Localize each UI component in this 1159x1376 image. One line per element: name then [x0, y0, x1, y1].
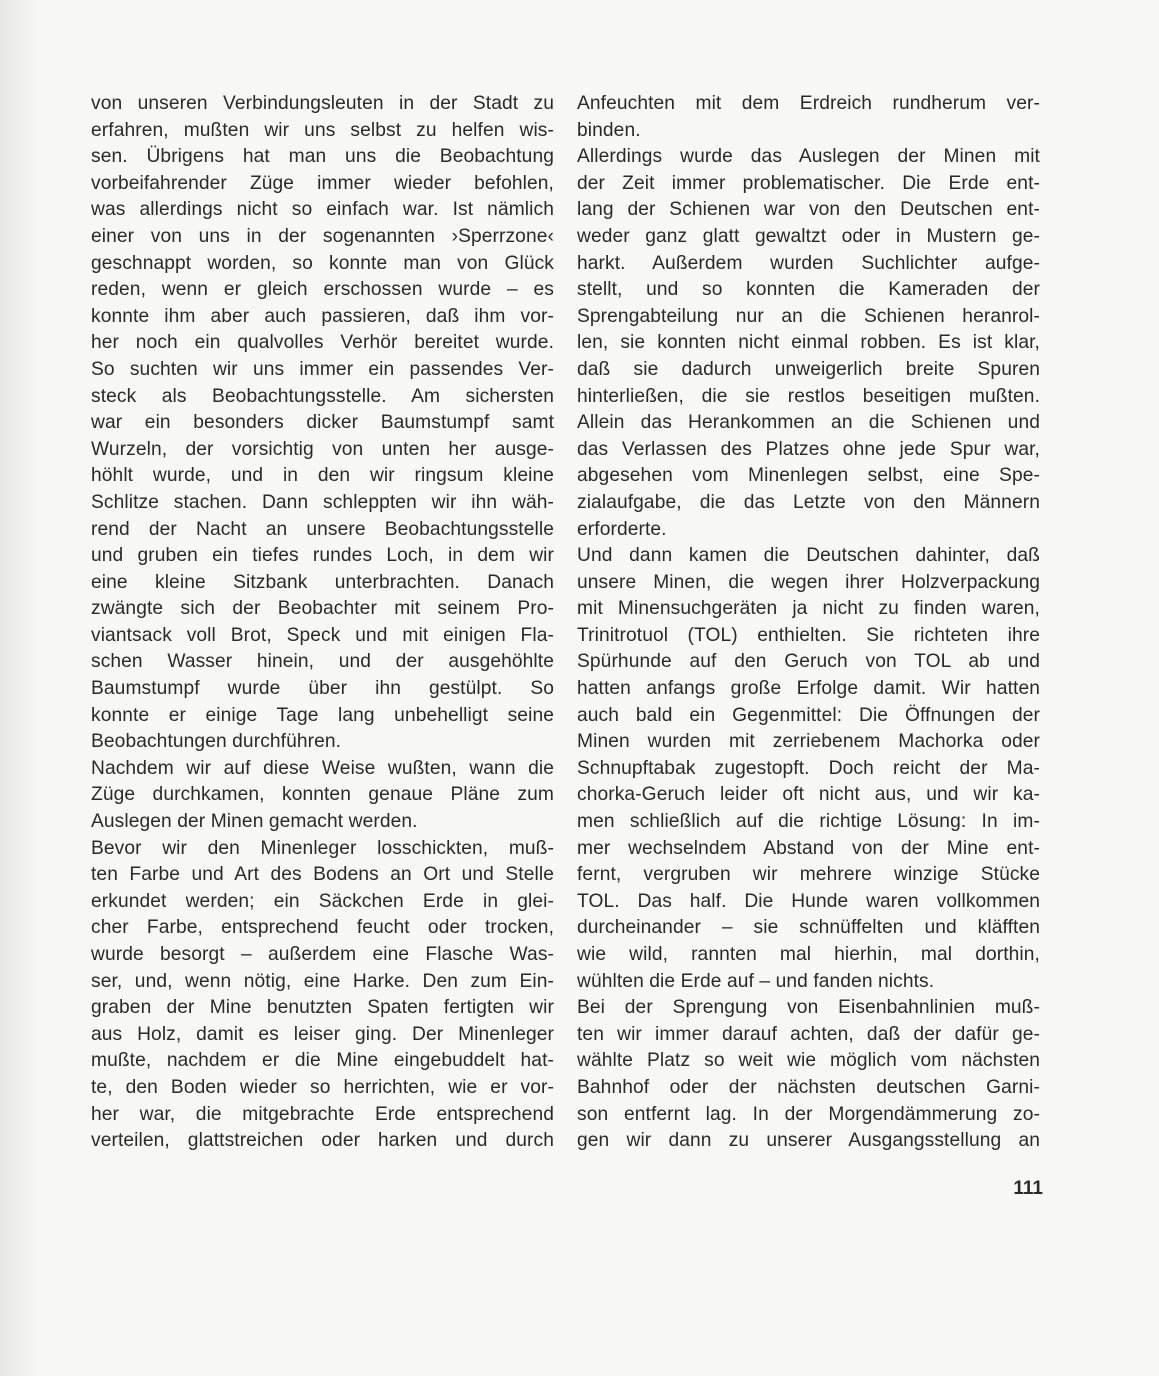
text-line: Beobachtungen durchführen. [91, 729, 554, 756]
text-line: erforderte. [577, 517, 1040, 544]
text-line: Allerdings wurde das Auslegen der Minen … [577, 144, 1040, 171]
text-line: zwängte sich der Beobachter mit seinem P… [91, 596, 554, 623]
text-line: einer von uns in der sogenannten ›Sperrz… [91, 224, 554, 251]
right-text-column: Anfeuchten mit dem Erdreich rundherum ve… [577, 91, 1040, 1155]
text-line: TOL. Das half. Die Hunde waren vollkomme… [577, 889, 1040, 916]
text-line: Züge durchkamen, konnten genaue Pläne zu… [91, 782, 554, 809]
text-line: schen Wasser hinein, und der ausgehöhlte [91, 649, 554, 676]
text-line: Bahnhof oder der nächsten deutschen Garn… [577, 1075, 1040, 1102]
text-line: Schnupftabak zugestopft. Doch reicht der… [577, 756, 1040, 783]
text-line: höhlt wurde, und in den wir ringsum klei… [91, 463, 554, 490]
text-line: von unseren Verbindungsleuten in der Sta… [91, 91, 554, 118]
text-line: Anfeuchten mit dem Erdreich rundherum ve… [577, 91, 1040, 118]
text-line: Trinitrotuol (TOL) enthielten. Sie richt… [577, 623, 1040, 650]
text-line: vorbeifahrender Züge immer wieder befohl… [91, 171, 554, 198]
text-line: erkundet werden; ein Säckchen Erde in gl… [91, 889, 554, 916]
text-line: Allein das Herankommen an die Schienen u… [577, 410, 1040, 437]
text-line: zialaufgabe, die das Letzte von den Männ… [577, 490, 1040, 517]
text-line: son entfernt lag. In der Morgendämmerung… [577, 1102, 1040, 1129]
text-line: weder ganz glatt gewaltzt oder in Muster… [577, 224, 1040, 251]
text-line: erfahren, mußten wir uns selbst zu helfe… [91, 118, 554, 145]
text-line: graben der Mine benutzten Spaten fertigt… [91, 995, 554, 1022]
text-line: lang der Schienen war von den Deutschen … [577, 197, 1040, 224]
text-line: verteilen, glattstreichen oder harken un… [91, 1128, 554, 1155]
text-line: eine kleine Sitzbank unterbrachten. Dana… [91, 570, 554, 597]
text-line: hinterließen, die sie restlos beseitigen… [577, 384, 1040, 411]
text-line: Wurzeln, der vorsichtig von unten her au… [91, 437, 554, 464]
text-line: sen. Übrigens hat man uns die Beobachtun… [91, 144, 554, 171]
text-line: auch bald ein Gegenmittel: Die Öffnungen… [577, 703, 1040, 730]
text-line: konnte ihm aber auch passieren, daß ihm … [91, 304, 554, 331]
text-line: So suchten wir uns immer ein passendes V… [91, 357, 554, 384]
text-line: her noch ein qualvolles Verhör bereitet … [91, 330, 554, 357]
text-line: harkt. Außerdem wurden Suchlichter aufge… [577, 251, 1040, 278]
text-line: Bei der Sprengung von Eisenbahnlinien mu… [577, 995, 1040, 1022]
text-line: geschnappt worden, so konnte man von Glü… [91, 251, 554, 278]
text-line: durcheinander – sie schnüffelten und klä… [577, 915, 1040, 942]
text-line: ten wir immer darauf achten, daß der daf… [577, 1022, 1040, 1049]
text-line: Baumstumpf wurde über ihn gestülpt. So [91, 676, 554, 703]
text-line: hatten anfangs große Erfolge damit. Wir … [577, 676, 1040, 703]
text-line: wie wild, rannten mal hierhin, mal dorth… [577, 942, 1040, 969]
text-line: mit Minensuchgeräten ja nicht zu finden … [577, 596, 1040, 623]
page-number: 111 [985, 1178, 1043, 1200]
text-line: binden. [577, 118, 1040, 145]
text-line: Sprengabteilung nur an die Schienen hera… [577, 304, 1040, 331]
text-line: daß sie dadurch unweigerlich breite Spur… [577, 357, 1040, 384]
text-line: te, den Boden wieder so herrichten, wie … [91, 1075, 554, 1102]
text-line: steck als Beobachtungsstelle. Am sichers… [91, 384, 554, 411]
text-line: gen wir dann zu unserer Ausgangsstellung… [577, 1128, 1040, 1155]
text-line: Minen wurden mit zerriebenem Machorka od… [577, 729, 1040, 756]
text-line: rend der Nacht an unsere Beobachtungsste… [91, 517, 554, 544]
text-line: abgesehen vom Minenlegen selbst, eine Sp… [577, 463, 1040, 490]
text-line: wurde besorgt – außerdem eine Flasche Wa… [91, 942, 554, 969]
text-line: Nachdem wir auf diese Weise wußten, wann… [91, 756, 554, 783]
text-line: der Zeit immer problematischer. Die Erde… [577, 171, 1040, 198]
text-line: Schlitze stachen. Dann schleppten wir ih… [91, 490, 554, 517]
text-line: mußte, nachdem er die Mine eingebuddelt … [91, 1048, 554, 1075]
text-line: chorka-Geruch leider oft nicht aus, und … [577, 782, 1040, 809]
text-line: konnte er einige Tage lang unbehelligt s… [91, 703, 554, 730]
text-line: das Verlassen des Platzes ohne jede Spur… [577, 437, 1040, 464]
text-line: war ein besonders dicker Baumstumpf samt [91, 410, 554, 437]
text-line: stellt, und so konnten die Kameraden der [577, 277, 1040, 304]
text-line: men schließlich auf die richtige Lösung:… [577, 809, 1040, 836]
left-text-column: von unseren Verbindungsleuten in der Sta… [91, 91, 554, 1155]
page-gutter-shadow [0, 0, 40, 1376]
text-line: fernt, vergruben wir mehrere winzige Stü… [577, 862, 1040, 889]
text-line: her war, die mitgebrachte Erde entsprech… [91, 1102, 554, 1129]
text-line: und gruben ein tiefes rundes Loch, in de… [91, 543, 554, 570]
text-line: ten Farbe und Art des Bodens an Ort und … [91, 862, 554, 889]
text-line: wählte Platz so weit wie möglich vom näc… [577, 1048, 1040, 1075]
text-line: Auslegen der Minen gemacht werden. [91, 809, 554, 836]
text-line: viantsack voll Brot, Speck und mit einig… [91, 623, 554, 650]
text-line: was allerdings nicht so einfach war. Ist… [91, 197, 554, 224]
text-line: ser, und, wenn nötig, eine Harke. Den zu… [91, 969, 554, 996]
text-line: mer wechselndem Abstand von der Mine ent… [577, 836, 1040, 863]
text-line: len, sie konnten nicht einmal robben. Es… [577, 330, 1040, 357]
text-line: Spürhunde auf den Geruch von TOL ab und [577, 649, 1040, 676]
text-line: aus Holz, damit es leiser ging. Der Mine… [91, 1022, 554, 1049]
text-line: Und dann kamen die Deutschen dahinter, d… [577, 543, 1040, 570]
text-line: Bevor wir den Minenleger losschickten, m… [91, 836, 554, 863]
text-line: reden, wenn er gleich erschossen wurde –… [91, 277, 554, 304]
text-line: wühlten die Erde auf – und fanden nichts… [577, 969, 1040, 996]
text-line: cher Farbe, entsprechend feucht oder tro… [91, 915, 554, 942]
text-line: unsere Minen, die wegen ihrer Holzverpac… [577, 570, 1040, 597]
